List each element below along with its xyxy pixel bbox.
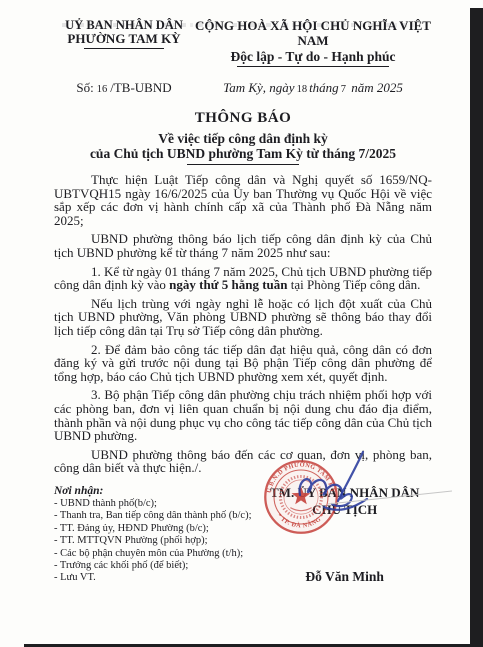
meta-row: Số:16/TB-UBND Tam Kỳ, ngày18tháng7 năm 2… xyxy=(54,80,432,96)
paragraph-1: Thực hiện Luật Tiếp công dân và Nghị quy… xyxy=(54,173,432,227)
recipient-item: - Thanh tra, Ban tiếp công dân thành phố… xyxy=(54,510,257,522)
motto-underline xyxy=(237,66,389,67)
recipient-item: - UBND thành phố(b/c); xyxy=(54,498,257,510)
date-mid: tháng xyxy=(309,80,339,95)
paragraph-3-post: tại Phòng Tiếp công dân. xyxy=(288,277,421,292)
org-underline xyxy=(84,48,164,49)
date-month: 7 xyxy=(339,84,348,95)
org-name-line1: UỶ BAN NHÂN DÂN xyxy=(54,18,194,32)
paragraph-4: Nếu lịch trùng với ngày nghỉ lễ hoặc có … xyxy=(54,297,432,338)
national-motto-block: CỘNG HOÀ XÃ HỘI CHỦ NGHĨA VIỆT NAM Độc l… xyxy=(194,18,432,67)
document-title: THÔNG BÁO xyxy=(54,110,432,127)
document-header: UỶ BAN NHÂN DÂN PHƯỜNG TAM KỲ CỘNG HOÀ X… xyxy=(54,18,432,67)
date-prefix: Tam Kỳ, ngày xyxy=(223,80,294,95)
doc-number-value: 16 xyxy=(94,84,111,95)
scan-edge-right xyxy=(470,8,483,647)
title-underline xyxy=(187,164,299,165)
date-day: 18 xyxy=(295,84,310,95)
doc-number-suffix: /TB-UBND xyxy=(110,80,171,95)
recipients-block: Nơi nhận: - UBND thành phố(b/c); - Thanh… xyxy=(54,485,257,585)
place-date-line: Tam Kỳ, ngày18tháng7 năm 2025 xyxy=(194,80,432,96)
paragraph-5: 2. Để đảm bảo công tác tiếp dân đạt hiệu… xyxy=(54,343,432,384)
recipient-item: - TT. Đảng ủy, HĐND Phường (b/c); xyxy=(54,523,257,535)
document-number: Số:16/TB-UBND xyxy=(54,80,194,96)
paragraph-6: 3. Bộ phận Tiếp công dân phường chịu trá… xyxy=(54,388,432,442)
org-name-line2: PHƯỜNG TAM KỲ xyxy=(54,32,194,46)
document-subtitle: Về việc tiếp công dân định kỳ của Chủ tị… xyxy=(54,131,432,161)
paragraph-3-bold: ngày thứ 5 hằng tuần xyxy=(169,277,287,292)
subtitle-line2: của Chủ tịch UBND phường Tam Kỳ từ tháng… xyxy=(54,146,432,161)
national-title: CỘNG HOÀ XÃ HỘI CHỦ NGHĨA VIỆT NAM xyxy=(194,18,432,48)
paragraph-3: 1. Kể từ ngày 01 tháng 7 năm 2025, Chủ t… xyxy=(54,265,432,292)
national-motto: Độc lập - Tự do - Hạnh phúc xyxy=(194,49,432,64)
subtitle-line1: Về việc tiếp công dân định kỳ xyxy=(54,131,432,146)
issuing-org-block: UỶ BAN NHÂN DÂN PHƯỜNG TAM KỲ xyxy=(54,18,194,67)
recipient-item: - TT. MTTQVN Phường (phối hợp); xyxy=(54,535,257,547)
paragraph-2: UBND phường thông báo lịch tiếp công dân… xyxy=(54,232,432,259)
recipient-item: - Lưu VT. xyxy=(54,572,257,584)
recipient-item: - Trưởng các khối phố (để biết); xyxy=(54,560,257,572)
recipients-label: Nơi nhận: xyxy=(54,485,257,498)
doc-number-label: Số: xyxy=(76,80,93,95)
scan-hairline-artifact xyxy=(328,486,452,510)
signer-name: Đỗ Văn Minh xyxy=(257,569,432,585)
recipient-item: - Các bộ phận chuyên môn của Phường (t/h… xyxy=(54,548,257,560)
document-page: UỶ BAN NHÂN DÂN PHƯỜNG TAM KỲ CỘNG HOÀ X… xyxy=(0,0,483,647)
document-body: Thực hiện Luật Tiếp công dân và Nghị quy… xyxy=(54,173,432,475)
date-suffix: năm 2025 xyxy=(351,80,403,95)
title-block: THÔNG BÁO Về việc tiếp công dân định kỳ … xyxy=(54,110,432,165)
